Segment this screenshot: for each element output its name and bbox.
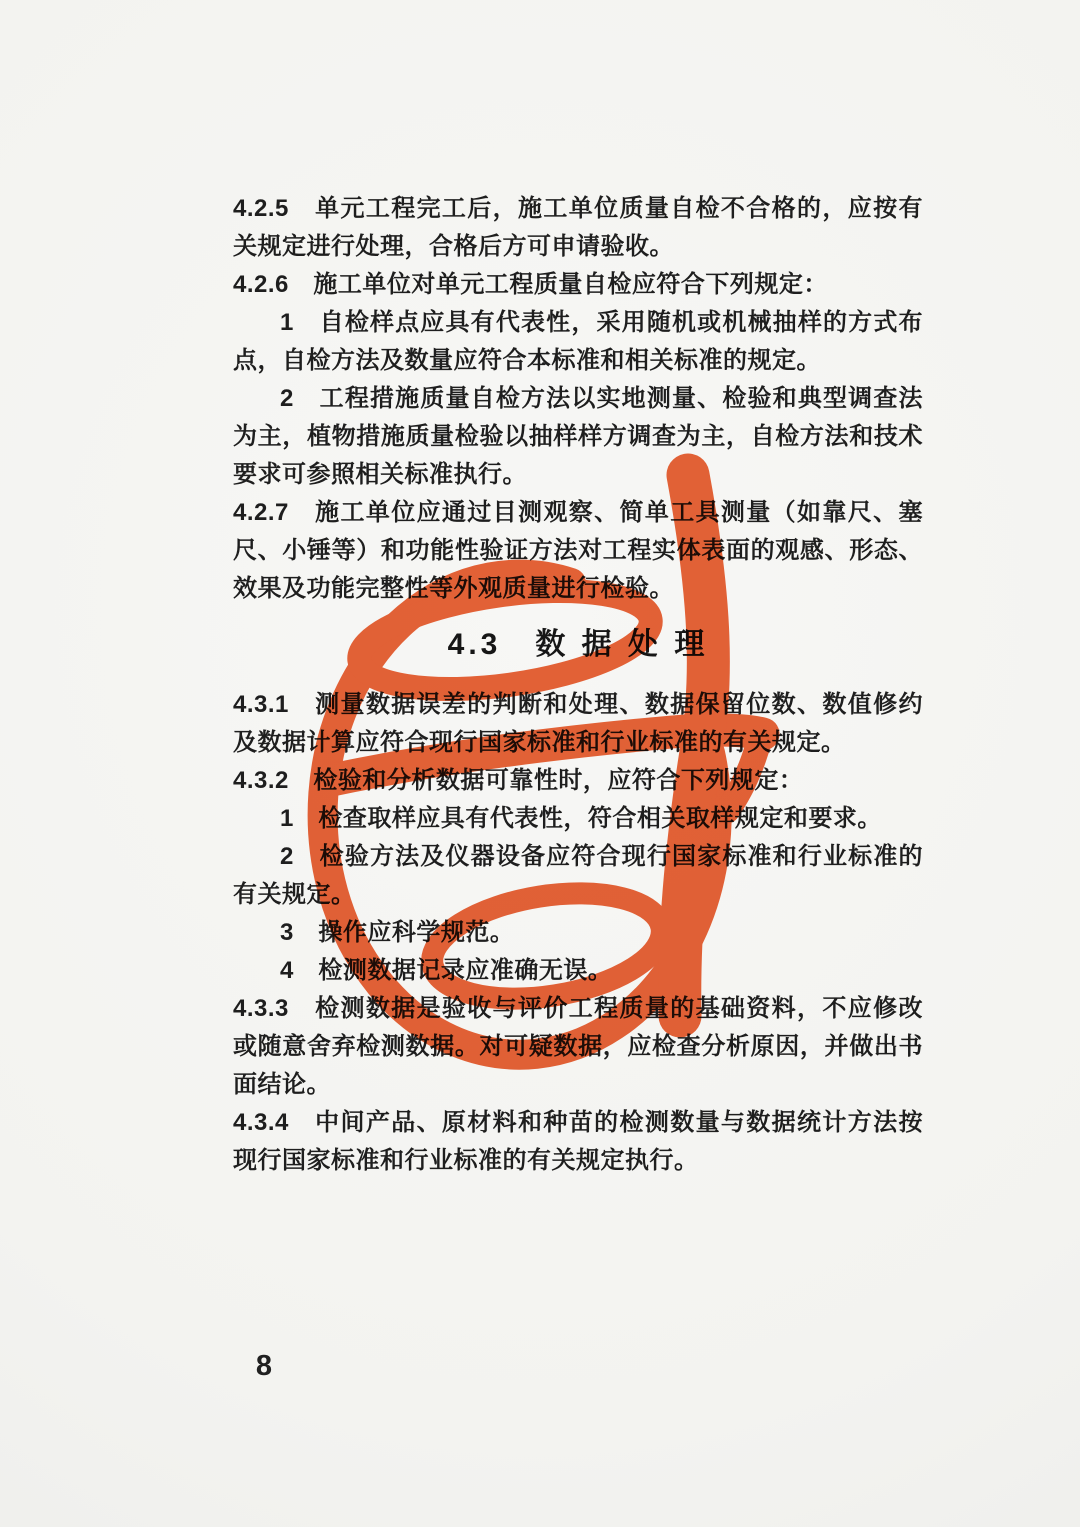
text-line: 4.2.5 单元工程完工后，施工单位质量自检不合格的，应按有	[233, 190, 923, 228]
text-line: 有关规定。	[233, 876, 923, 914]
section-heading: 4.3 数 据 处 理	[233, 626, 923, 664]
scanned-page: 4.2.5 单元工程完工后，施工单位质量自检不合格的，应按有关规定进行处理，合格…	[0, 0, 1080, 1527]
text-line: 为主，植物措施质量检验以抽样样方调查为主，自检方法和技术	[233, 418, 923, 456]
text-line: 3 操作应科学规范。	[233, 914, 923, 952]
text-line: 或随意舍弃检测数据。对可疑数据，应检查分析原因，并做出书	[233, 1028, 923, 1066]
text-line: 4.3.1 测量数据误差的判断和处理、数据保留位数、数值修约	[233, 686, 923, 724]
text-line: 效果及功能完整性等外观质量进行检验。	[233, 570, 923, 608]
text-line: 4.3.2 检验和分析数据可靠性时，应符合下列规定：	[233, 762, 923, 800]
text-line: 要求可参照相关标准执行。	[233, 456, 923, 494]
text-line: 现行国家标准和行业标准的有关规定执行。	[233, 1142, 923, 1180]
text-line: 点，自检方法及数量应符合本标准和相关标准的规定。	[233, 342, 923, 380]
text-line: 关规定进行处理，合格后方可申请验收。	[233, 228, 923, 266]
text-line: 1 检查取样应具有代表性，符合相关取样规定和要求。	[233, 800, 923, 838]
page-number: 8	[233, 1346, 295, 1386]
text-line: 4.2.7 施工单位应通过目测观察、简单工具测量（如靠尺、塞	[233, 494, 923, 532]
text-line: 及数据计算应符合现行国家标准和行业标准的有关规定。	[233, 724, 923, 762]
text-line: 2 检验方法及仪器设备应符合现行国家标准和行业标准的	[233, 838, 923, 876]
text-line: 4.3.3 检测数据是验收与评价工程质量的基础资料，不应修改	[233, 990, 923, 1028]
text-line: 4 检测数据记录应准确无误。	[233, 952, 923, 990]
text-line: 2 工程措施质量自检方法以实地测量、检验和典型调查法	[233, 380, 923, 418]
document-body: 4.2.5 单元工程完工后，施工单位质量自检不合格的，应按有关规定进行处理，合格…	[233, 190, 923, 1180]
text-line: 4.2.6 施工单位对单元工程质量自检应符合下列规定：	[233, 266, 923, 304]
text-line: 面结论。	[233, 1066, 923, 1104]
text-line: 尺、小锤等）和功能性验证方法对工程实体表面的观感、形态、	[233, 532, 923, 570]
text-line: 4.3.4 中间产品、原材料和种苗的检测数量与数据统计方法按	[233, 1104, 923, 1142]
text-line: 1 自检样点应具有代表性，采用随机或机械抽样的方式布	[233, 304, 923, 342]
